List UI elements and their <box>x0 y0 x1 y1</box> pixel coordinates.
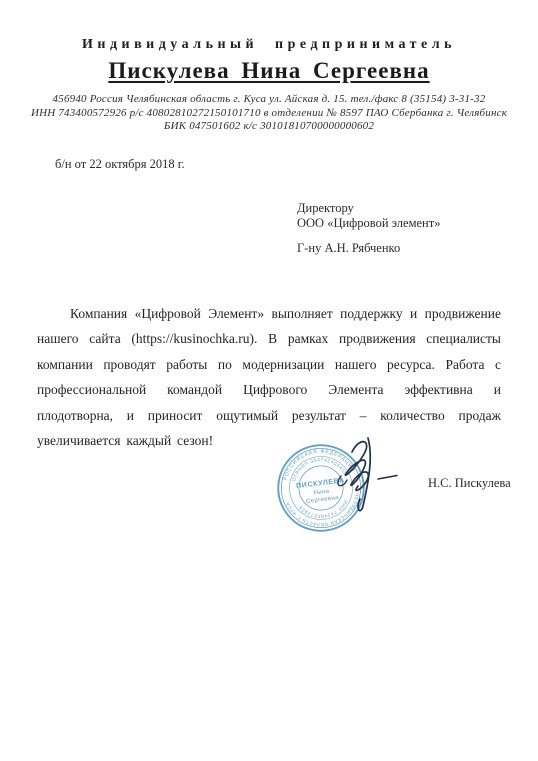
letterhead-account-line: ИНН 743400572926 р/с 4080281027215010171… <box>0 107 538 121</box>
signature-loop-stroke <box>338 476 347 486</box>
letterhead-address-line: 456940 Россия Челябинская область г. Кус… <box>0 93 538 107</box>
addressee-company: ООО «Цифровой элемент» <box>297 216 538 231</box>
addressee-block: Директору ООО «Цифровой элемент» Г-ну А.… <box>297 201 538 256</box>
handwritten-signature <box>322 430 410 522</box>
letterhead-entrepreneur-name: Пискулева Нина Сергеевна <box>0 58 538 84</box>
letter-page: Индивидуальный предприниматель Пискулева… <box>0 0 538 761</box>
letterhead: Индивидуальный предприниматель Пискулева… <box>0 0 538 134</box>
signature-scribble-stroke <box>345 442 368 491</box>
addressee-person: Г-ну А.Н. Рябченко <box>297 241 538 256</box>
letterhead-bik-line: БИК 047501602 к/с 30101810700000000602 <box>0 120 538 134</box>
letterhead-title: Индивидуальный предприниматель <box>0 37 538 53</box>
signatory-name: Н.С. Пискулева <box>428 476 511 491</box>
signature-area: РОССИЙСКАЯ ФЕДЕРАЦИЯ ЧЕЛЯБИНСКАЯ ОБЛАСТЬ… <box>0 430 538 610</box>
reference-date-line: б/н от 22 октября 2018 г. <box>55 157 538 172</box>
letterhead-contact-block: 456940 Россия Челябинская область г. Кус… <box>0 93 538 134</box>
signature-dash-stroke <box>378 476 397 480</box>
addressee-position: Директору <box>297 201 538 216</box>
